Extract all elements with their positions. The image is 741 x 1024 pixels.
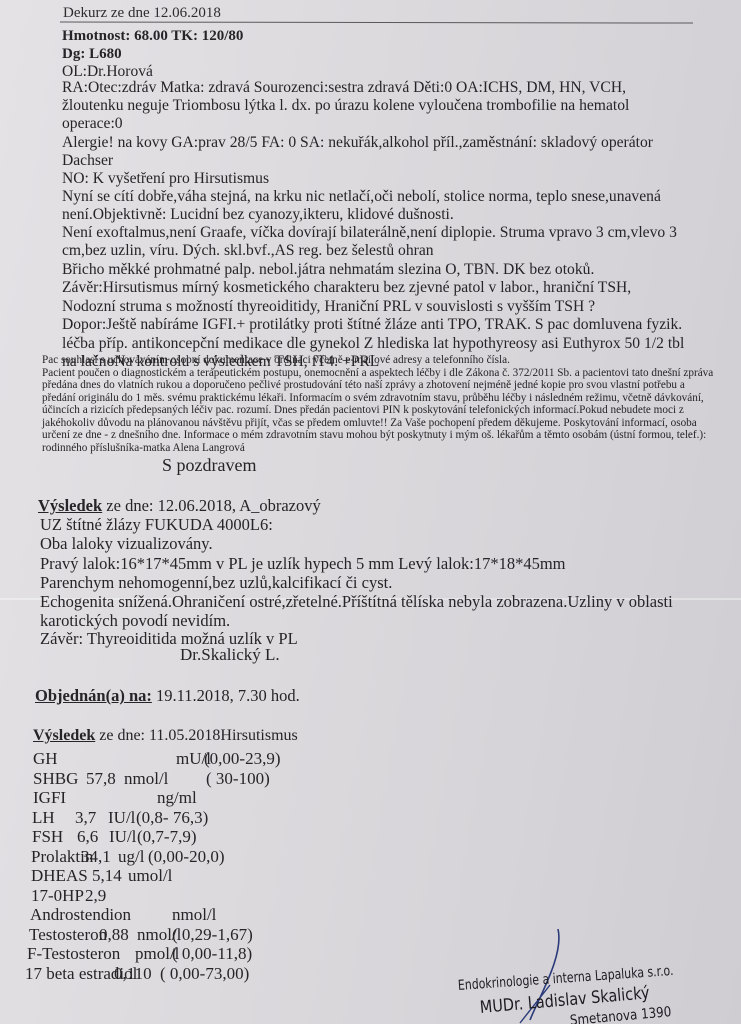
lab-name: 17-0HP <box>31 886 84 906</box>
lab-unit: nmol/l <box>172 905 216 925</box>
ultrasound-line: Echogenita snížená.Ohraničení ostré,zřet… <box>40 593 673 611</box>
ultrasound-line: Pravý lalok:16*17*45mm v PL je uzlík hyp… <box>40 555 566 573</box>
lab-value: 3,7 <box>75 808 96 828</box>
lab-range: (0,7-7,9) <box>137 827 196 847</box>
lab-unit: IU/l <box>109 827 136 847</box>
report-header: Dekurz ze dne 12.06.2018 <box>63 4 221 22</box>
consent-line: předání originálu do 1 měs. svému prakti… <box>42 392 704 405</box>
consent-line: Pac souhlasí s uchováváním osobní dokume… <box>42 354 510 367</box>
history-line: operace:0 <box>62 115 123 133</box>
consent-line: určení ze dne - z dnešního dne. Informac… <box>42 429 706 442</box>
greeting: S pozdravem <box>162 456 256 474</box>
diagnosis: Dg: L680 <box>62 45 122 63</box>
history-line: Nodozní struma s možností thyreoiditidy,… <box>62 298 595 316</box>
history-line: Závěr:Hirsutismus mírný kosmetického cha… <box>62 279 631 297</box>
lab-unit: umol/l <box>128 866 172 886</box>
ultrasound-header: Výsledek ze dne: 12.06.2018, A_obrazový <box>38 497 321 515</box>
history-line: léčba příp. antikoncepční medikace dle g… <box>62 335 684 353</box>
ultrasound-date: ze dne: 12.06.2018, A_obrazový <box>102 496 321 515</box>
lab-value: 5,14 <box>92 866 122 886</box>
consent-line: Pacient poučen o diagnostickém a terapeu… <box>42 367 713 380</box>
lab-name: Testosteron <box>29 925 107 945</box>
consent-line: předána dnes do vlatních rukou a doporuč… <box>42 379 685 392</box>
history-line: Dachser <box>62 152 113 170</box>
lab-name: IGFI <box>33 788 66 808</box>
history-line: Alergie! na kovy GA:prav 28/5 FA: 0 SA: … <box>62 134 653 152</box>
labs-date: ze dne: 11.05.2018Hirsutismus <box>95 727 298 744</box>
ultrasound-line: karotických povodí nevidím. <box>40 612 230 630</box>
lab-range: ( 30-100) <box>206 769 270 789</box>
history-line: Břicho měkké prohmatné palp. nebol.játra… <box>62 261 594 279</box>
appointment: Objednán(a) na: 19.11.2018, 7.30 hod. <box>35 687 300 705</box>
vitals: Hmotnost: 68.00 TK: 120/80 <box>62 27 243 45</box>
lab-unit: ng/ml <box>157 788 197 808</box>
history-line: žloutenku neguje Triombosu lýtka l. dx. … <box>62 97 629 115</box>
lab-value: 0,88 <box>99 925 129 945</box>
lab-value: 34,1 <box>81 847 111 867</box>
lab-value: 57,8 <box>86 769 116 789</box>
lab-unit: IU/l <box>108 808 135 828</box>
result-label: Výsledek <box>38 496 102 515</box>
appointment-label: Objednán(a) na: <box>35 686 152 705</box>
consent-line: rodinného příslušníka-matka Alena Langro… <box>42 442 245 455</box>
consent-line: účincích a rizicích předepsaných léčiv p… <box>42 404 684 417</box>
ultrasound-line: Oba laloky vizualizovány. <box>40 535 213 553</box>
history-line: Není exoftalmus,není Graafe, víčka dovír… <box>62 224 677 242</box>
lab-range: (0,8- 76,3) <box>136 808 208 828</box>
lab-name: F-Testosteron <box>27 944 120 964</box>
history-line: není.Objektivně: Lucidní bez cyanozy,ikt… <box>62 206 454 224</box>
lab-name: LH <box>32 808 55 828</box>
lab-value: 2,9 <box>85 886 106 906</box>
lab-range: ( 0,29-1,67) <box>172 925 253 945</box>
ultrasound-line: UZ štítné žlázy FUKUDA 4000L6: <box>40 516 273 534</box>
lab-range: (0,00-23,9) <box>204 749 280 769</box>
labs-result-label: Výsledek <box>33 727 95 744</box>
lab-unit: nmol/l <box>124 769 168 789</box>
history-line: Dopor:Ještě nabíráme IGFI.+ protilátky p… <box>62 316 682 334</box>
history-line: Nyní se cítí dobře,váha stejná, na krku … <box>62 188 661 206</box>
medical-report-page: Dekurz ze dne 12.06.2018 Hmotnost: 68.00… <box>0 0 741 1024</box>
history-line: RA:Otec:zdráv Matka: zdravá Sourozenci:s… <box>62 79 626 97</box>
lab-name: FSH <box>32 827 63 847</box>
lab-name: SHBG <box>33 769 78 789</box>
appointment-value: 19.11.2018, 7.30 hod. <box>152 686 300 705</box>
ultrasound-doctor: Dr.Skalický L. <box>180 646 280 664</box>
ultrasound-line: Parenchym nehomogenní,bez uzlů,kalcifika… <box>40 574 392 592</box>
lab-range: (0,00-20,0) <box>148 847 224 867</box>
labs-header: Výsledek ze dne: 11.05.2018Hirsutismus <box>33 727 298 745</box>
lab-value: 0,110 <box>114 964 152 984</box>
lab-range: ( 0,00-73,00) <box>160 964 249 984</box>
lab-name: GH <box>33 749 58 769</box>
lab-value: 6,6 <box>77 827 98 847</box>
history-line: NO: K vyšetření pro Hirsutismus <box>62 170 269 188</box>
history-line: cm,bez uzlin, víru. Dých. skl.bvf.,AS re… <box>62 242 434 260</box>
consent-line: jakéhokoliv důvodu na plánovanou návštěv… <box>42 417 697 430</box>
lab-range: ( 0,00-11,8) <box>172 944 252 964</box>
lab-name: Androstendion <box>30 905 131 925</box>
header-divider <box>60 21 693 23</box>
lab-unit: ug/l <box>118 847 144 867</box>
lab-name: DHEAS <box>31 866 88 886</box>
